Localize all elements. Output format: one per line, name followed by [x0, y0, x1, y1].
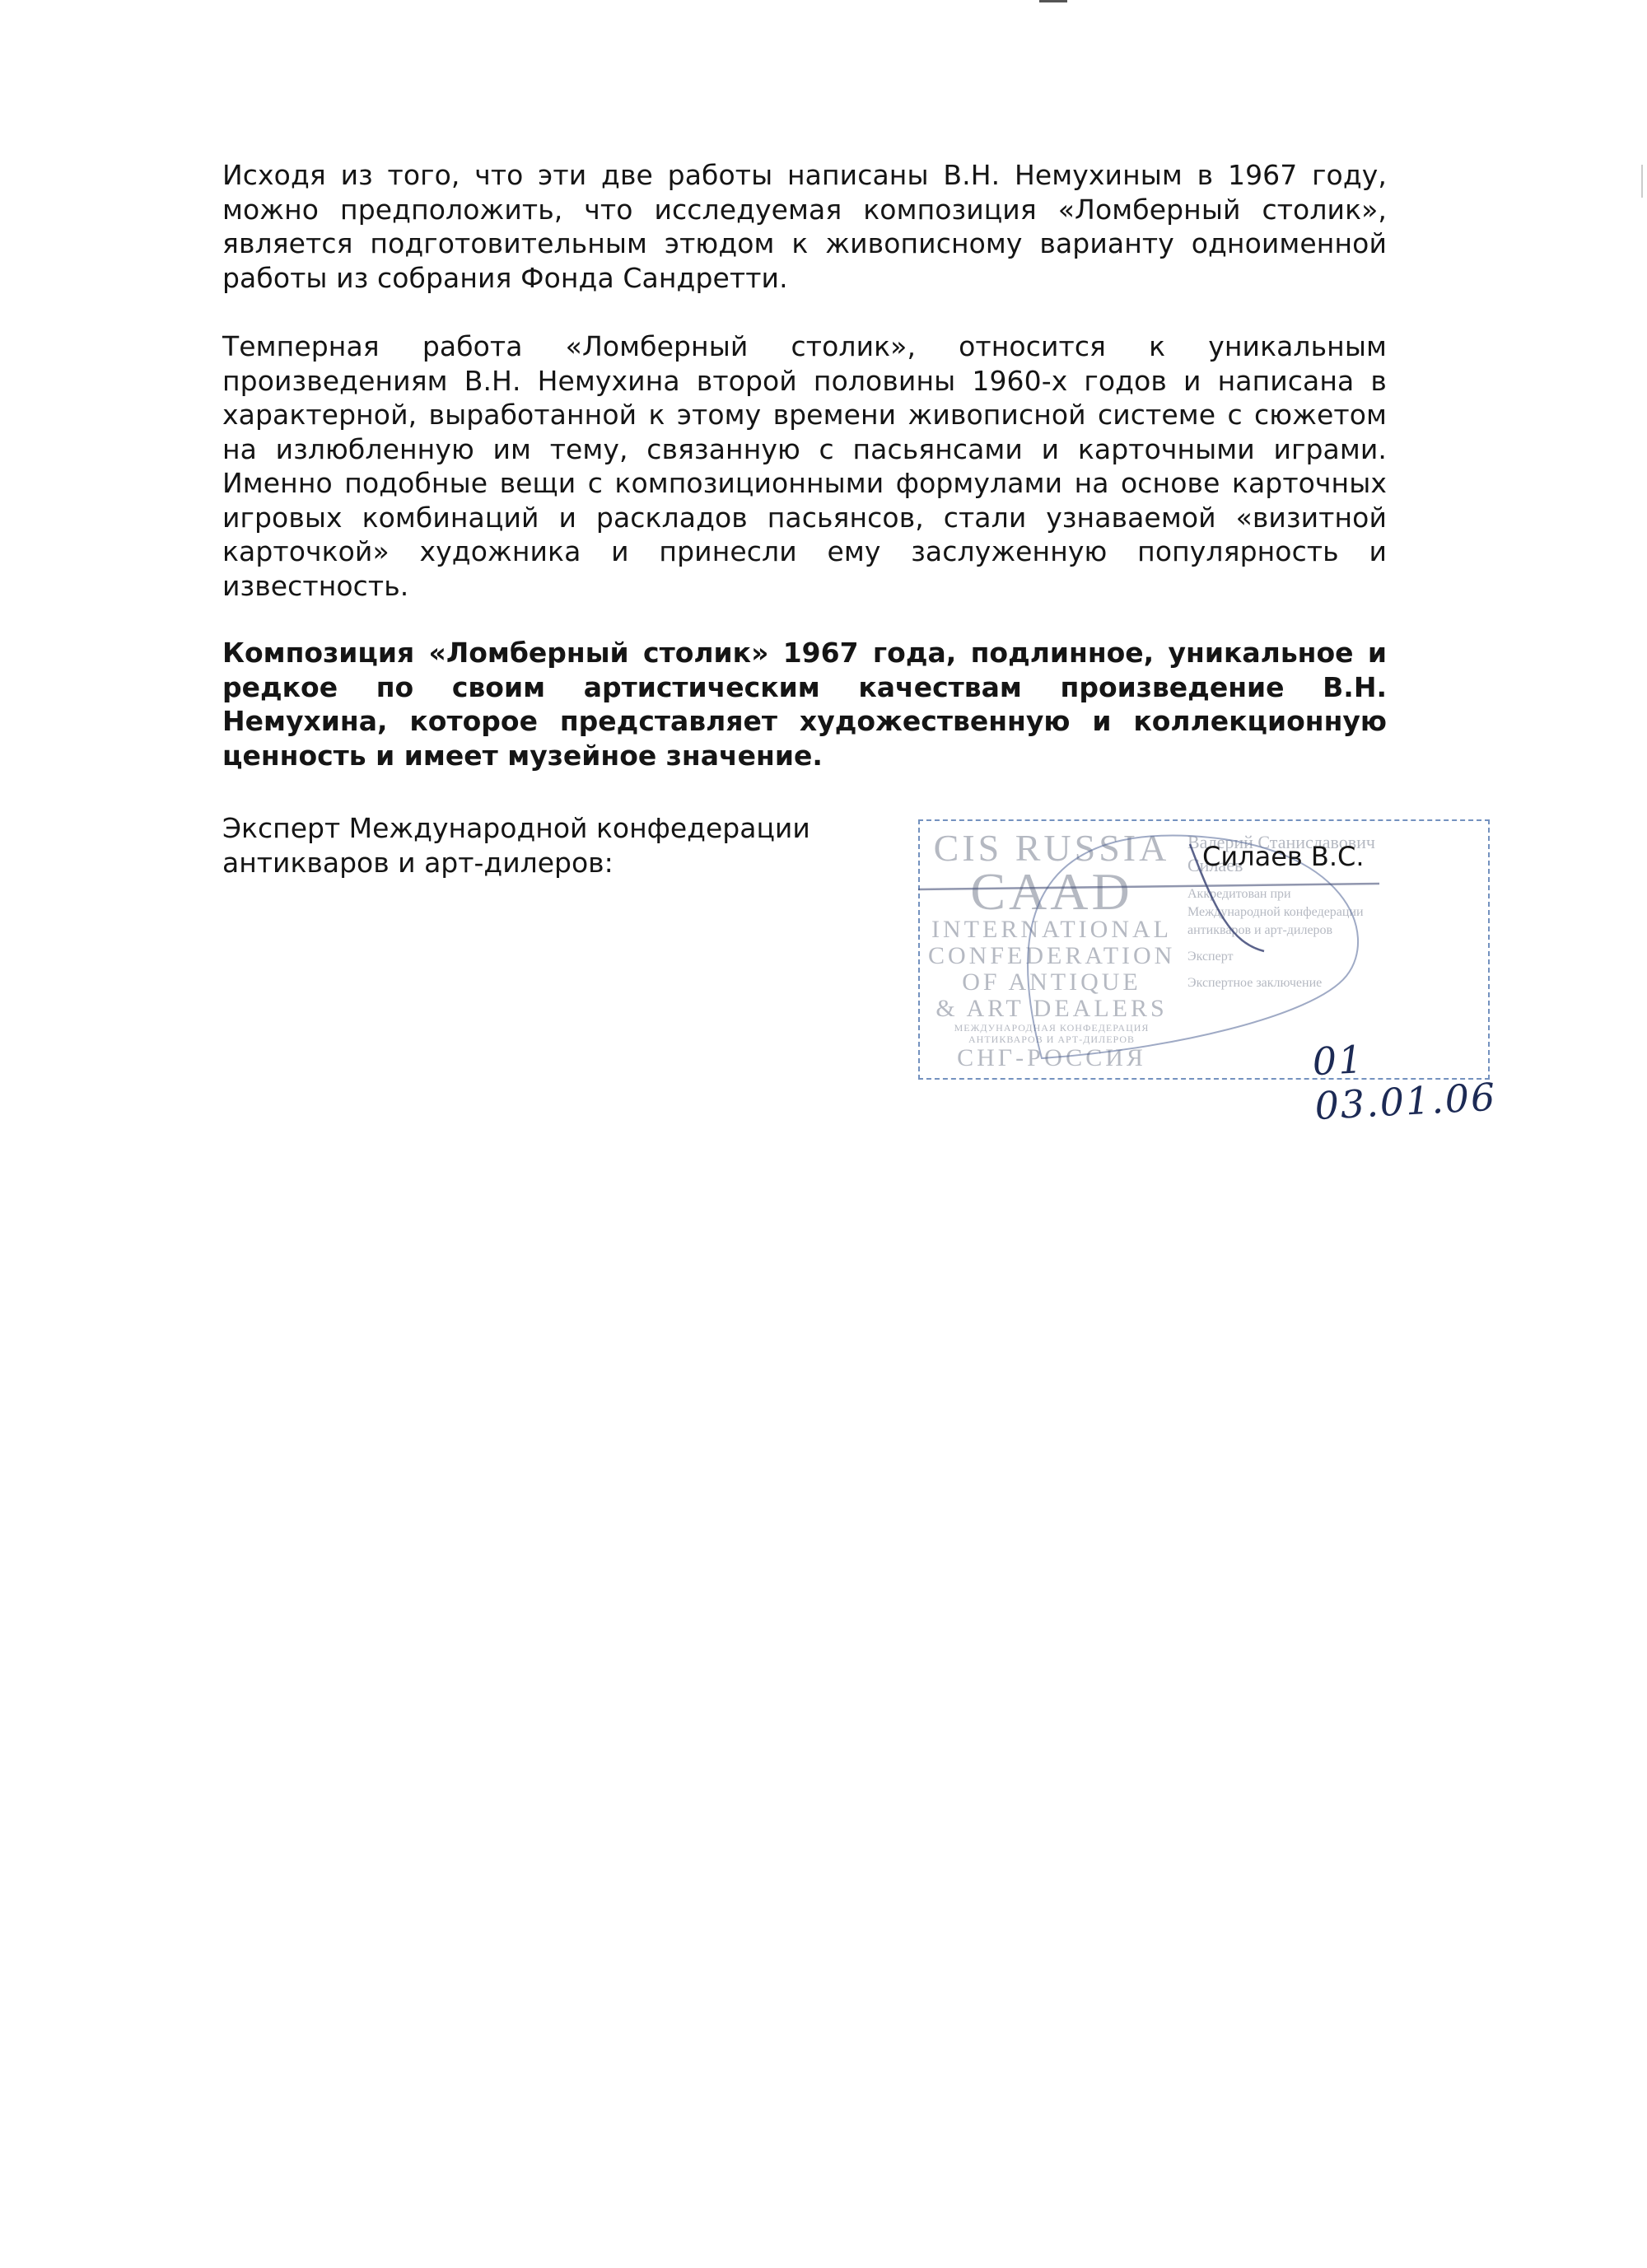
scan-edge-mark — [1641, 165, 1643, 198]
signature-block: Эксперт Международной конфедерации антик… — [222, 811, 1540, 1108]
document-body: Исходя из того, что эти две работы напис… — [222, 158, 1387, 772]
page-top-mark — [1039, 0, 1067, 2]
handwritten-date: 01 03.01.06 — [1311, 1028, 1542, 1128]
signer-name: Силаев В.С. — [1202, 840, 1365, 873]
paragraph-work-description: Темперная работа «Ломберный столик», отн… — [222, 329, 1387, 603]
expert-title-line-2: антикваров и арт-дилеров: — [222, 846, 810, 880]
paragraph-final-conclusion: Композиция «Ломберный столик» 1967 года,… — [222, 636, 1387, 772]
expert-title-line-1: Эксперт Международной конфедерации — [222, 811, 810, 846]
expert-title: Эксперт Международной конфедерации антик… — [222, 811, 810, 880]
paragraph-dating-conclusion: Исходя из того, что эти две работы напис… — [222, 158, 1387, 295]
